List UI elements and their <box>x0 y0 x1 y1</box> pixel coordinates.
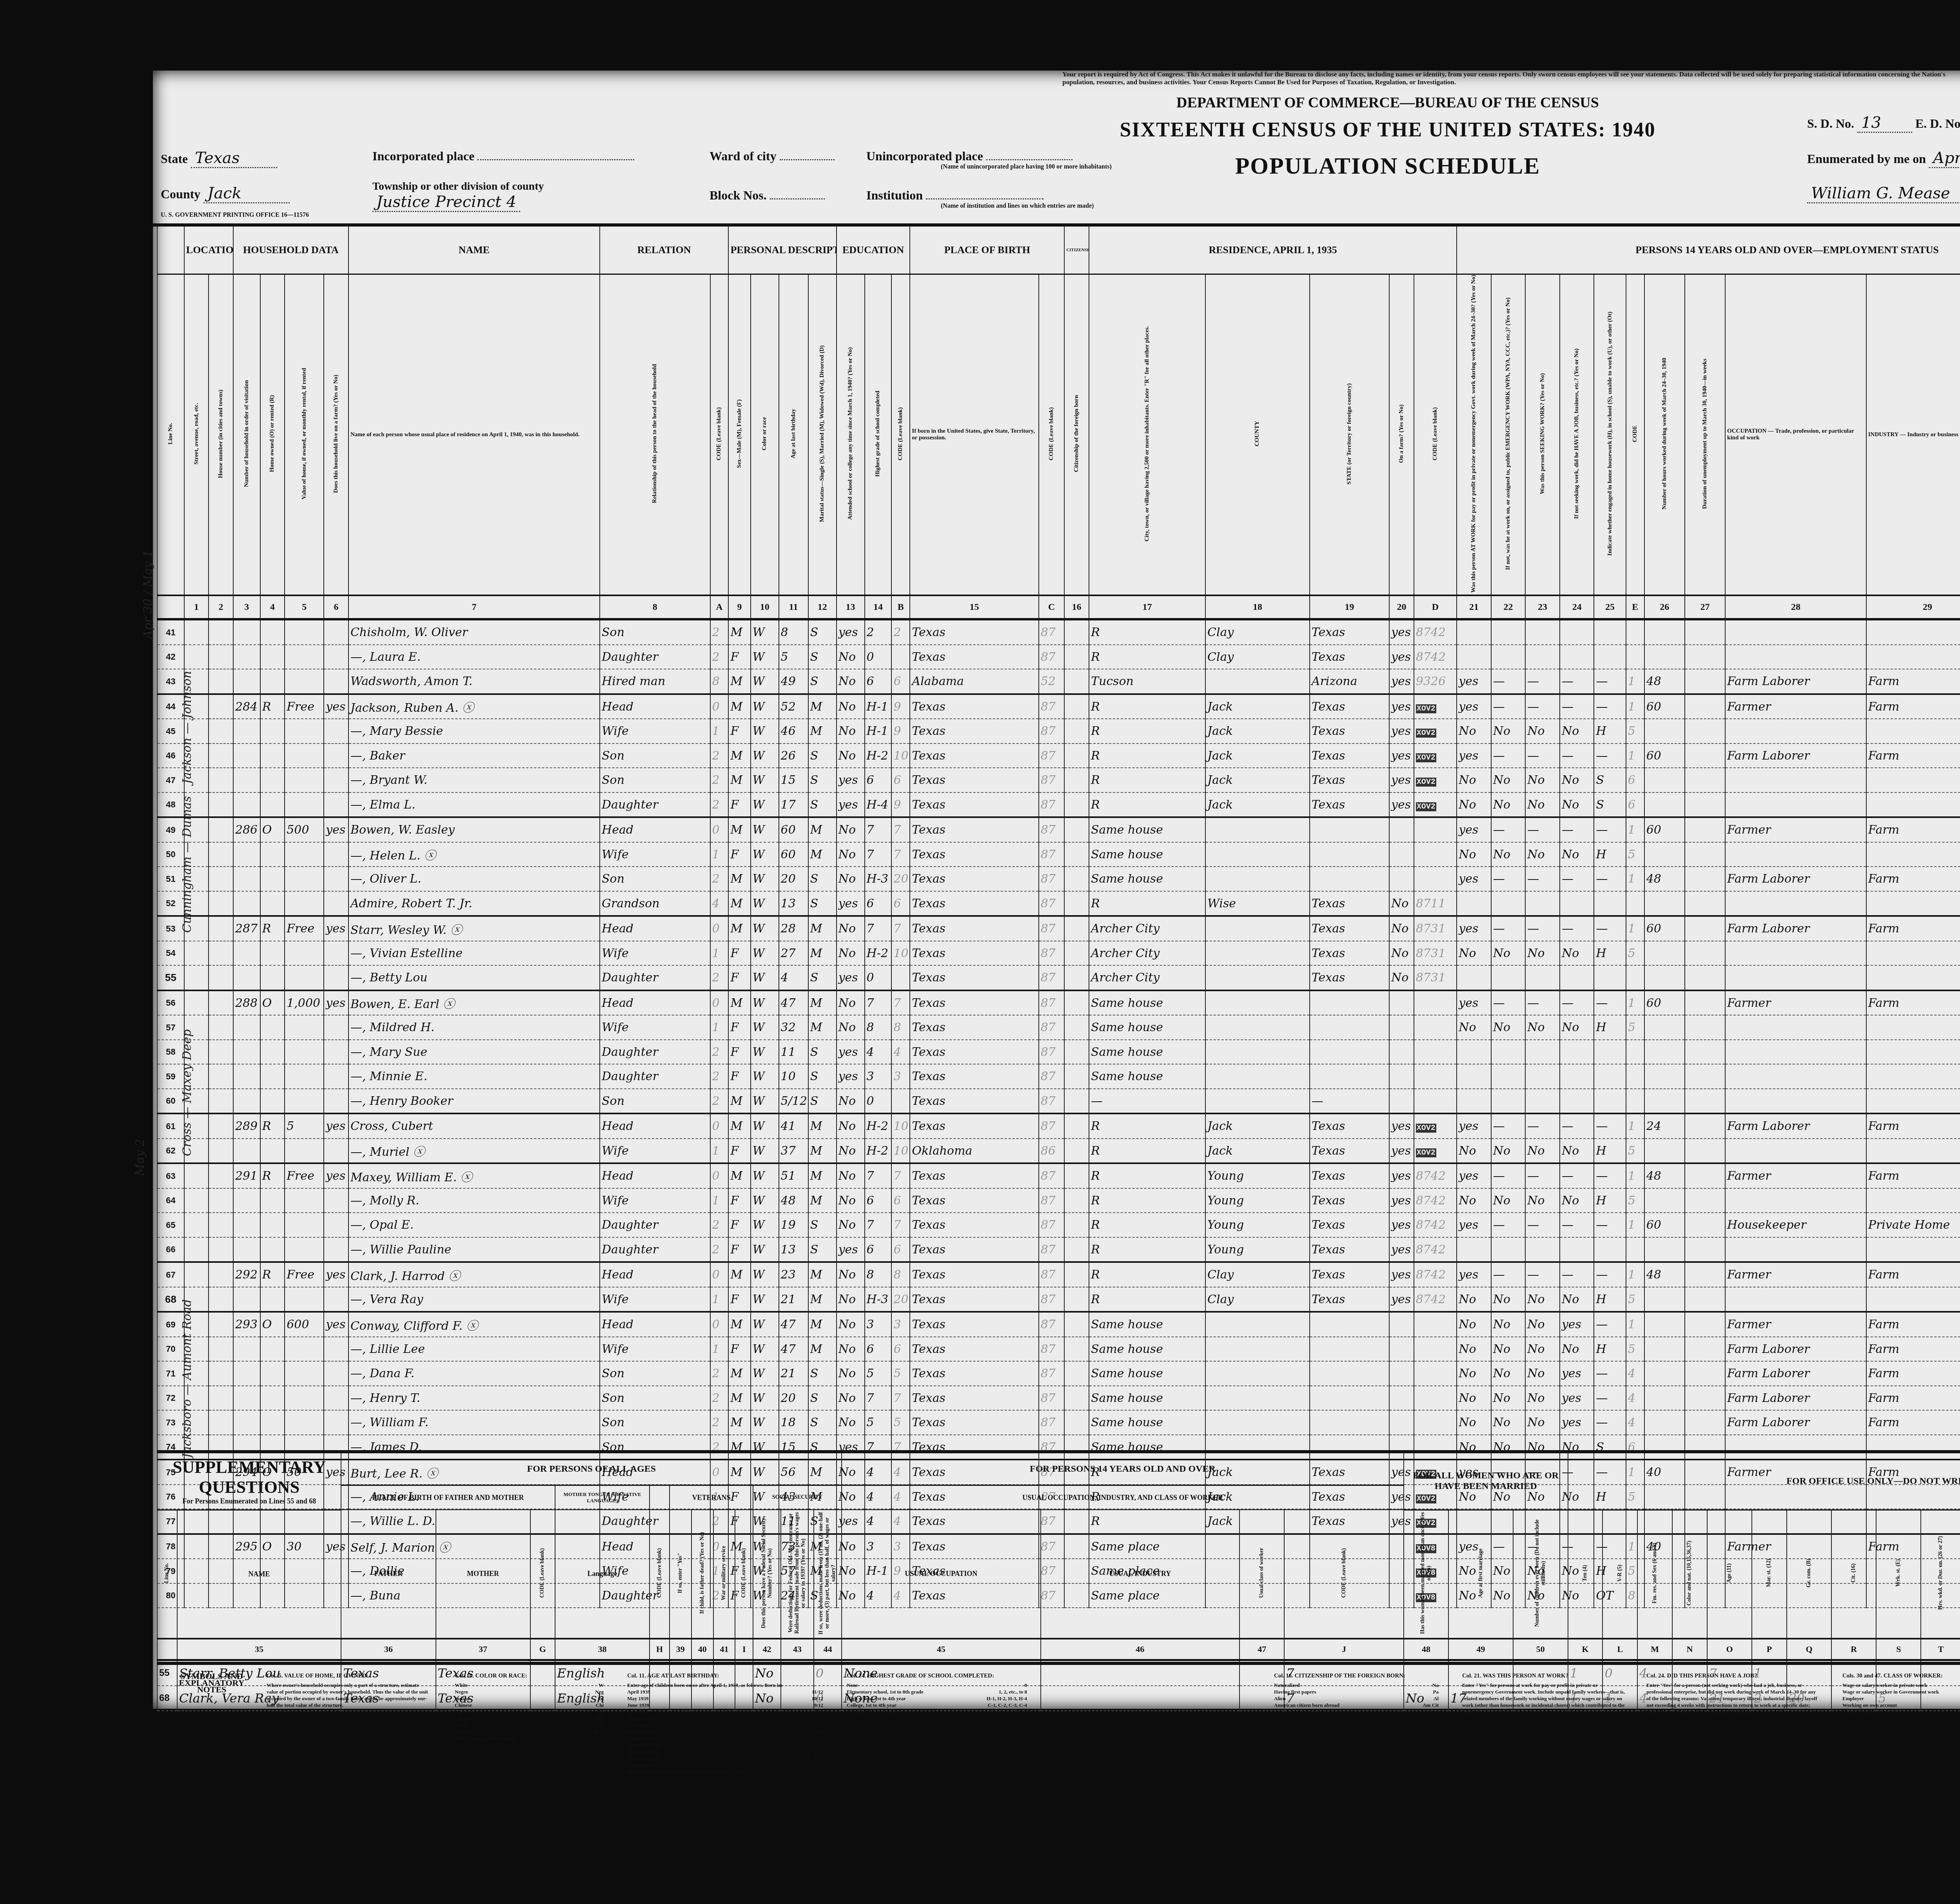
col-c23-cell: — <box>1525 817 1560 842</box>
col-cit-cell <box>1064 1386 1089 1411</box>
col-c27-cell <box>1685 1089 1725 1114</box>
col-c23-cell: No <box>1525 768 1560 792</box>
home-value-cell <box>285 867 324 891</box>
occupation-cell: Farmer <box>1725 694 1866 719</box>
col-a-cell: 2 <box>710 743 729 768</box>
farm-household-cell <box>324 891 348 916</box>
marital-status-cell: M <box>808 1287 837 1312</box>
home-owned-rented-cell <box>260 1015 285 1040</box>
sex-cell: F <box>728 965 750 990</box>
residence-1935-state-cell <box>1310 1410 1389 1435</box>
col-c25-cell: — <box>1594 1262 1626 1287</box>
household-number-cell <box>233 1064 260 1089</box>
column-header: Attended school or college any time sinc… <box>837 274 865 596</box>
household-number-cell <box>233 842 260 867</box>
supplementary-column-number: J <box>1284 1639 1404 1660</box>
farm-household-cell <box>324 1188 348 1213</box>
column-number: 26 <box>1644 595 1685 619</box>
col-c27-cell <box>1685 645 1725 669</box>
explanatory-notes: SYMBOLS AND EXPLANATORY NOTESCol. 5. VAL… <box>157 1662 1960 1712</box>
col-c23-cell <box>1525 1089 1560 1114</box>
household-number-cell <box>233 891 260 916</box>
column-header: Value of home, if owned, or monthly rent… <box>285 274 324 596</box>
grade-completed-cell: 0 <box>865 645 892 669</box>
class-of-worker-code: EmployerE <box>1842 1695 1960 1702</box>
hours-worked-cell: 60 <box>1644 916 1685 941</box>
grade-completed-cell: H-2 <box>865 1113 892 1139</box>
race-cell: W <box>751 1410 779 1435</box>
table-row: 67292RFreeyesClark, J. Harrod ⓧHead0MW23… <box>157 1262 1960 1287</box>
occupation-cell <box>1725 619 1866 645</box>
column-header: Line No. <box>157 274 184 596</box>
col-c-cell: 87 <box>1039 916 1065 941</box>
industry-cell <box>1866 1040 1960 1064</box>
age-code: August 19397/12 <box>627 1715 823 1722</box>
age-cell: 60 <box>779 842 808 867</box>
place-of-birth-cell: Texas <box>910 965 1038 990</box>
col-house-cell <box>209 1163 233 1188</box>
col-b-cell: 7 <box>891 1163 910 1188</box>
residence-1935-farm-cell: yes <box>1389 768 1414 792</box>
place-of-birth-cell: Texas <box>910 694 1038 719</box>
supplementary-column-number: 48 <box>1404 1639 1448 1660</box>
place-of-birth-cell: Texas <box>910 941 1038 966</box>
institution-value[interactable] <box>926 198 1044 199</box>
supplementary-column-header: Has this woman been married more than on… <box>1404 1510 1448 1639</box>
col-c22-cell: No <box>1491 941 1526 966</box>
col-cit-cell <box>1064 1410 1089 1435</box>
supplementary-column-number: 41 <box>713 1639 735 1660</box>
enumerated-date[interactable]: April 30 <box>1929 149 1960 168</box>
residence-1935-state-cell <box>1310 1040 1389 1064</box>
schedule-title: POPULATION SCHEDULE <box>1054 152 1721 180</box>
table-row: 41Chisholm, W. OliverSon2MW8Syes22Texas8… <box>157 619 1960 645</box>
hours-worked-cell <box>1644 1064 1685 1089</box>
grade-completed-cell: 7 <box>865 1213 892 1237</box>
col-c21-cell <box>1457 1089 1491 1114</box>
household-number-cell <box>233 941 260 966</box>
home-owned-rented-cell <box>260 1188 285 1213</box>
col-cit-cell <box>1064 1361 1089 1386</box>
column-header: CODE <box>1626 274 1644 596</box>
residence-1935-city-cell: — <box>1089 1089 1205 1114</box>
col-b-cell: 10 <box>891 1139 910 1164</box>
race-cell: W <box>751 1213 779 1237</box>
col-cit-cell <box>1064 1064 1089 1089</box>
col-c-cell: 87 <box>1039 792 1065 818</box>
residence-1935-farm-cell: yes <box>1389 1237 1414 1262</box>
supplementary-column-number: 47 <box>1240 1639 1284 1660</box>
person-name-cell: —, Helen L. ⓧ <box>348 842 600 867</box>
marital-status-cell: S <box>808 965 837 990</box>
col-house-cell <box>209 842 233 867</box>
marital-status-cell: M <box>808 817 837 842</box>
relation-cell: Son <box>600 768 710 792</box>
farm-household-cell: yes <box>324 1262 348 1287</box>
column-header: Relationship of this person to the head … <box>600 274 710 596</box>
home-owned-rented-cell <box>260 743 285 768</box>
age-cell: 46 <box>779 719 808 743</box>
col-house-cell <box>209 941 233 966</box>
col-b-cell: 9 <box>891 694 910 719</box>
column-number: 11 <box>779 595 808 619</box>
industry-cell: Farm <box>1866 669 1960 694</box>
col-cit-cell <box>1064 1139 1089 1164</box>
hours-worked-cell <box>1644 965 1685 990</box>
farm-household-cell <box>324 619 348 645</box>
column-header: COUNTY <box>1205 274 1310 596</box>
col-a-cell: 1 <box>710 1015 729 1040</box>
column-header: CODE (Leave blank) <box>891 274 910 596</box>
col-house-cell <box>209 619 233 645</box>
col-house-cell <box>209 1361 233 1386</box>
col-c22-cell: No <box>1491 1410 1526 1435</box>
col-c-cell: 87 <box>1039 817 1065 842</box>
col-c-cell: 87 <box>1039 619 1065 645</box>
place-of-birth-cell: Texas <box>910 768 1038 792</box>
sex-cell: M <box>728 1262 750 1287</box>
residence-1935-county-cell: Clay <box>1205 1287 1310 1312</box>
residence-1935-farm-cell: yes <box>1389 1188 1414 1213</box>
home-value-cell <box>285 1410 324 1435</box>
column-number: 29 <box>1866 595 1960 619</box>
col-cit-cell <box>1064 1015 1089 1040</box>
home-owned-rented-cell <box>260 867 285 891</box>
residence-1935-state-cell: Texas <box>1310 768 1389 792</box>
industry-cell: Farm <box>1866 867 1960 891</box>
industry-cell <box>1866 941 1960 966</box>
person-name-cell: Wadsworth, Amon T. <box>348 669 600 694</box>
column-number <box>157 595 184 619</box>
col-c22-cell: — <box>1491 1213 1526 1237</box>
school-attendance-cell: yes <box>837 1064 865 1089</box>
residence-1935-state-cell: Texas <box>1310 619 1389 645</box>
place-of-birth-cell: Texas <box>910 817 1038 842</box>
col-c25-cell <box>1594 1064 1626 1089</box>
col-c27-cell <box>1685 1015 1725 1040</box>
farm-household-cell: yes <box>324 990 348 1015</box>
sd-value[interactable]: 13 <box>1857 114 1912 133</box>
marital-status-cell: S <box>808 768 837 792</box>
industry-cell: Farm <box>1866 1163 1960 1188</box>
hours-worked-cell <box>1644 1139 1685 1164</box>
supplementary-column-number: 44 <box>814 1639 842 1660</box>
column-number: 8 <box>600 595 710 619</box>
residence-1935-farm-cell <box>1389 1089 1414 1114</box>
relation-cell: Head <box>600 817 710 842</box>
county-value[interactable]: Jack <box>203 184 290 203</box>
industry-cell: Farm <box>1866 1386 1960 1411</box>
column-header: CODE (Leave blank) <box>710 274 729 596</box>
supplementary-column-number: O <box>1707 1639 1752 1660</box>
col-c24-cell: No <box>1560 792 1594 818</box>
grade-completed-cell: H-1 <box>865 719 892 743</box>
col-e-cell <box>1626 1089 1644 1114</box>
race-code: JapaneseJp <box>455 1708 604 1715</box>
col-c23-cell: No <box>1525 1361 1560 1386</box>
column-header: City, town, or village having 2,500 or m… <box>1089 274 1205 596</box>
state-value[interactable]: Texas <box>191 149 277 168</box>
relation-cell: Wife <box>600 719 710 743</box>
group-social-security: SOCIAL SECURITY <box>753 1485 842 1510</box>
col-a-cell: 2 <box>710 1386 729 1411</box>
industry-cell <box>1866 1139 1960 1164</box>
col-c25-cell: — <box>1594 694 1626 719</box>
column-header: Highest grade of school completed <box>865 274 892 596</box>
block-value[interactable] <box>770 198 825 199</box>
hours-worked-cell <box>1644 1386 1685 1411</box>
col-b-cell: 5 <box>891 1410 910 1435</box>
residence-1935-county-cell: Clay <box>1205 1262 1310 1287</box>
col-cit-cell <box>1064 1163 1089 1188</box>
col-c22-cell: No <box>1491 1337 1526 1362</box>
col-e-cell: 5 <box>1626 1188 1644 1213</box>
home-value-cell: Free <box>285 1262 324 1287</box>
col-b-cell: 20 <box>891 867 910 891</box>
person-name-cell: —, Elma L. <box>348 792 600 818</box>
col-c27-cell <box>1685 669 1725 694</box>
relation-cell: Hired man <box>600 669 710 694</box>
residence-1935-state-cell: Texas <box>1310 1287 1389 1312</box>
industry-cell: Farm <box>1866 990 1960 1015</box>
col-a-cell: 2 <box>710 1361 729 1386</box>
residence-1935-city-cell: R <box>1089 694 1205 719</box>
sex-cell: M <box>728 743 750 768</box>
group-mother-tongue: MOTHER TONGUE (OR NATIVE LANGUAGE) <box>555 1485 650 1510</box>
age-cell: 47 <box>779 1312 808 1337</box>
place-of-birth-cell: Texas <box>910 1015 1038 1040</box>
residence-1935-county-cell <box>1205 1410 1310 1435</box>
col-e-cell <box>1626 645 1644 669</box>
industry-cell <box>1866 1287 1960 1312</box>
relation-cell: Son <box>600 743 710 768</box>
col-house-cell <box>209 1089 233 1114</box>
col-c23-cell: No <box>1525 1188 1560 1213</box>
col-cit-cell <box>1064 817 1089 842</box>
grade-completed-cell: 6 <box>865 1237 892 1262</box>
column-number: B <box>891 595 910 619</box>
race-code: IndianIn <box>455 1695 604 1702</box>
relation-cell: Son <box>600 1089 710 1114</box>
col-c23-cell: No <box>1525 1015 1560 1040</box>
age-code: June 19399/12 <box>627 1702 823 1708</box>
residence-1935-county-cell: Jack <box>1205 1113 1310 1139</box>
table-row: 46—, BakerSon2MW26SNoH-210Texas87RJackTe… <box>157 743 1960 768</box>
col-d-cell: XOV2 <box>1414 694 1457 719</box>
occupation-cell: Farm Laborer <box>1725 867 1866 891</box>
col-d-cell <box>1414 1040 1457 1064</box>
col-c22-cell: — <box>1491 990 1526 1015</box>
occupation-cell: Farm Laborer <box>1725 1361 1866 1386</box>
relation-cell: Head <box>600 694 710 719</box>
marital-status-cell: S <box>808 1410 837 1435</box>
ward-value[interactable] <box>780 159 835 160</box>
residence-1935-state-cell: Texas <box>1310 1163 1389 1188</box>
marital-status-cell: M <box>808 1113 837 1139</box>
col-c21-cell: No <box>1457 1139 1491 1164</box>
col-b-cell: 7 <box>891 990 910 1015</box>
col-c21-cell: yes <box>1457 1213 1491 1237</box>
supplementary-column-number: L <box>1602 1639 1637 1660</box>
grade-completed-cell: 7 <box>865 916 892 941</box>
race-cell: W <box>751 1237 779 1262</box>
residence-1935-county-cell <box>1205 1337 1310 1362</box>
farm-household-cell <box>324 1361 348 1386</box>
col-cit-cell <box>1064 768 1089 792</box>
farm-household-cell <box>324 941 348 966</box>
col-c25-cell: — <box>1594 867 1626 891</box>
person-name-cell: —, William F. <box>348 1410 600 1435</box>
occupation-cell <box>1725 719 1866 743</box>
home-value-cell <box>285 1213 324 1237</box>
margin-annotation: Cross — Maxey Deep <box>180 976 194 1156</box>
col-e-cell: 5 <box>1626 1015 1644 1040</box>
margin-annotation: Apr 30 / May 1 <box>141 521 155 639</box>
table-row: 54—, Vivian EstellineWife1FW27MNoH-210Te… <box>157 941 1960 966</box>
group-women: FOR ALL WOMEN WHO ARE OR HAVE BEEN MARRI… <box>1404 1453 1568 1510</box>
household-number-cell <box>233 1188 260 1213</box>
supplementary-column-number: 46 <box>1041 1639 1240 1660</box>
grade-code: None0 <box>847 1682 1027 1688</box>
residence-1935-state-cell: Texas <box>1310 891 1389 916</box>
person-name-cell: —, Bryant W. <box>348 768 600 792</box>
race-cell: W <box>751 792 779 818</box>
residence-1935-county-cell: Young <box>1205 1213 1310 1237</box>
industry-cell <box>1866 1064 1960 1089</box>
residence-1935-state-cell: Texas <box>1310 1113 1389 1139</box>
home-value-cell <box>285 1064 324 1089</box>
col-e-cell: 1 <box>1626 694 1644 719</box>
age-cell: 37 <box>779 1139 808 1164</box>
home-value-cell <box>285 619 324 645</box>
column-header: If born in the United States, give State… <box>910 274 1038 596</box>
column-header: Color or race <box>751 274 779 596</box>
col-cit-cell <box>1064 1237 1089 1262</box>
confidentiality-notice: Your report is required by Act of Congre… <box>1062 71 1960 86</box>
col-e-cell <box>1626 1064 1644 1089</box>
hours-worked-cell <box>1644 1312 1685 1337</box>
residence-1935-state-cell: Texas <box>1310 743 1389 768</box>
residence-1935-city-cell: Archer City <box>1089 916 1205 941</box>
home-owned-rented-cell <box>260 1139 285 1164</box>
table-row: 53287RFreeyesStarr, Wesley W. ⓧHead0MW28… <box>157 916 1960 941</box>
col-b-cell: 5 <box>891 1361 910 1386</box>
hours-worked-cell <box>1644 1287 1685 1312</box>
marital-status-cell: M <box>808 694 837 719</box>
home-value-cell <box>285 768 324 792</box>
col-c21-cell: No <box>1457 1337 1491 1362</box>
col-c23-cell: — <box>1525 669 1560 694</box>
household-number-cell: 292 <box>233 1262 260 1287</box>
col-c22-cell: No <box>1491 1361 1526 1386</box>
residence-1935-city-cell: Same house <box>1089 1361 1205 1386</box>
home-owned-rented-cell <box>260 1213 285 1237</box>
col-c23-cell <box>1525 645 1560 669</box>
home-value-cell <box>285 1139 324 1164</box>
department-title: DEPARTMENT OF COMMERCE—BUREAU OF THE CEN… <box>1054 94 1721 111</box>
sd-field: S. D. No. 13 E. D. No. 119-8 <box>1807 114 1960 133</box>
place-of-birth-cell: Texas <box>910 990 1038 1015</box>
race-cell: W <box>751 1262 779 1287</box>
residence-1935-city-cell: R <box>1089 1287 1205 1312</box>
supplementary-column-number: 45 <box>842 1639 1041 1660</box>
residence-1935-county-cell: Jack <box>1205 743 1310 768</box>
incorporated-value[interactable] <box>477 159 634 160</box>
col-d-cell: 8742 <box>1414 645 1457 669</box>
industry-cell <box>1866 965 1960 990</box>
col-c27-cell <box>1685 694 1725 719</box>
code-stamp: XOV2 <box>1416 802 1436 811</box>
home-owned-rented-cell <box>260 768 285 792</box>
col-c27-cell <box>1685 867 1725 891</box>
age-code: March 19400/12 <box>627 1762 823 1768</box>
column-number: 28 <box>1725 595 1866 619</box>
residence-1935-farm-cell <box>1389 990 1414 1015</box>
col-c24-cell: — <box>1560 1113 1594 1139</box>
home-value-cell: 500 <box>285 817 324 842</box>
township-value[interactable]: Justice Precinct 4 <box>372 193 520 212</box>
col-d-cell <box>1414 1361 1457 1386</box>
school-attendance-cell: No <box>837 842 865 867</box>
home-value-cell <box>285 645 324 669</box>
col-house-cell <box>209 817 233 842</box>
col-c-cell: 87 <box>1039 1410 1065 1435</box>
enumerator-name[interactable]: William G. Mease <box>1807 184 1960 203</box>
age-cell: 27 <box>779 941 808 966</box>
sex-cell: M <box>728 817 750 842</box>
supplementary-column-header: CODE (Leave blank) <box>650 1510 670 1639</box>
grade-code: College, 1st to 4th yearC-1, C-2, C-3, C… <box>847 1702 1027 1708</box>
supplementary-column-header: Age at first marriage <box>1448 1510 1513 1639</box>
col-c23-cell: — <box>1525 916 1560 941</box>
supplementary-column-header: V-R (5) <box>1602 1510 1637 1639</box>
residence-1935-farm-cell: yes <box>1389 1287 1414 1312</box>
hours-worked-cell <box>1644 1361 1685 1386</box>
age-code: January 19402/12 <box>627 1748 823 1755</box>
hours-worked-cell <box>1644 1015 1685 1040</box>
home-owned-rented-cell <box>260 1064 285 1089</box>
margin-annotation: Jacksboro — Aumont Road <box>180 1215 194 1458</box>
col-a-cell: 1 <box>710 941 729 966</box>
residence-1935-state-cell: — <box>1310 1089 1389 1114</box>
occupation-cell <box>1725 792 1866 818</box>
col-d-cell: 8742 <box>1414 1262 1457 1287</box>
residence-1935-state-cell: Texas <box>1310 916 1389 941</box>
column-header: Duration of unemployment up to March 30,… <box>1685 274 1725 596</box>
age-cell: 4 <box>779 965 808 990</box>
place-of-birth-cell: Texas <box>910 1312 1038 1337</box>
grade-completed-cell: 6 <box>865 669 892 694</box>
marital-status-cell: M <box>808 719 837 743</box>
group-personal: PERSONAL DESCRIPTION <box>728 227 836 274</box>
occupation-cell <box>1725 1139 1866 1164</box>
grade-completed-cell: 7 <box>865 1163 892 1188</box>
residence-1935-county-cell <box>1205 965 1310 990</box>
marital-status-cell: M <box>808 1139 837 1164</box>
person-name-cell: Clark, J. Harrod ⓧ <box>348 1262 600 1287</box>
column-header: OCCUPATION — Trade, profession, or parti… <box>1725 274 1866 596</box>
column-header: Indicate whether engaged in home housewo… <box>1594 274 1626 596</box>
home-owned-rented-cell: R <box>260 1163 285 1188</box>
col-house-cell <box>209 669 233 694</box>
marital-status-cell: M <box>808 842 837 867</box>
column-number: 2 <box>209 595 233 619</box>
group-name: NAME <box>348 227 600 274</box>
col-c27-cell <box>1685 941 1725 966</box>
occupation-cell <box>1725 1237 1866 1262</box>
supplementary-column-header: Fm. res. and Sex (6 and 9) <box>1637 1510 1672 1639</box>
household-number-cell <box>233 1089 260 1114</box>
